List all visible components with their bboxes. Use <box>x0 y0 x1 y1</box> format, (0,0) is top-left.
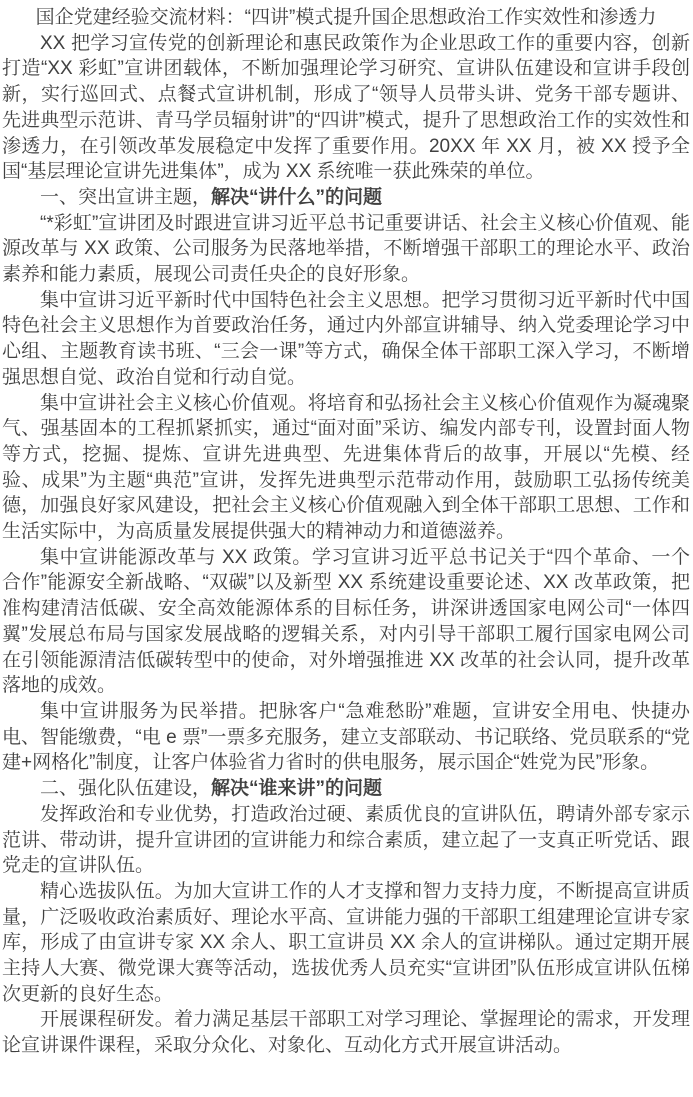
section-heading-2: 二、强化队伍建设，解决“谁来讲”的问题 <box>2 776 690 802</box>
section-heading-2-prefix: 二、强化队伍建设， <box>40 778 211 799</box>
section-heading-1: 一、突出宣讲主题，解决“讲什么”的问题 <box>2 185 690 211</box>
paragraph-service-measures: 集中宣讲服务为民举措。把脉客户“急难愁盼”难题，宣讲安全用电、快捷办电、智能缴费… <box>2 699 690 776</box>
section-heading-1-emphasis: 解决“讲什么”的问题 <box>211 187 382 208</box>
paragraph-core-values: 集中宣讲社会主义核心价值观。将培育和弘扬社会主义核心价值观作为凝魂聚气、强基固本… <box>2 391 690 545</box>
paragraph-rainbow-team: “*彩虹”宣讲团及时跟进宣讲习近平总书记重要讲话、社会主义核心价值观、能源改革与… <box>2 211 690 288</box>
paragraph-xi-thought: 集中宣讲习近平新时代中国特色社会主义思想。把学习贯彻习近平新时代中国特色社会主义… <box>2 288 690 391</box>
document-page: 国企党建经验交流材料：“四讲”模式提升国企思想政治工作实效性和渗透力 XX 把学… <box>0 0 693 1097</box>
paragraph-energy-reform: 集中宣讲能源改革与 XX 政策。学习宣讲习近平总书记关于“四个革命、一个合作”能… <box>2 545 690 699</box>
paragraph-team-advantage: 发挥政治和专业优势，打造政治过硬、素质优良的宣讲队伍，聘请外部专家示范讲、带动讲… <box>2 802 690 879</box>
document-title: 国企党建经验交流材料：“四讲”模式提升国企思想政治工作实效性和渗透力 <box>2 5 690 31</box>
section-heading-2-emphasis: 解决“谁来讲”的问题 <box>211 778 382 799</box>
paragraph-course-development: 开展课程研发。着力满足基层干部职工对学习理论、掌握理论的需求，开发理论宣讲课件课… <box>2 1007 690 1058</box>
paragraph-course-development-visible: 开展课程研发。着力满足基层干部职工对学习理论、掌握理论的需求，开 <box>40 1009 652 1030</box>
paragraph-team-selection: 精心选拔队伍。为加大宣讲工作的人才支撑和智力支持力度，不断提高宣讲质量，广泛吸收… <box>2 879 690 1008</box>
paragraph-intro: XX 把学习宣传党的创新理论和惠民政策作为企业思政工作的重要内容，创新打造“XX… <box>2 31 690 185</box>
section-heading-1-prefix: 一、突出宣讲主题， <box>40 187 211 208</box>
